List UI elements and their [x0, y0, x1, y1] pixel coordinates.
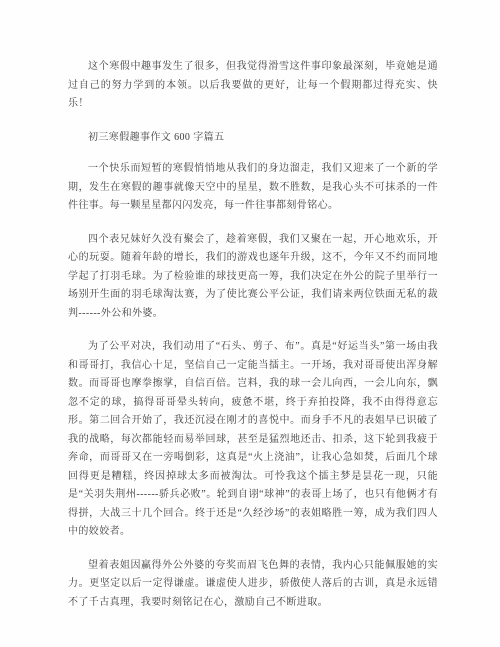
intro-paragraph: 这个寒假中趣事发生了很多，但我觉得滑雪这件事印象最深刻，毕竟她是通过自己的努力学…: [68, 58, 438, 114]
body-paragraph-3: 为了公平对决，我们动用了“石头、剪子、布”。真是“好运当头”第一场由我和哥哥打，…: [68, 338, 438, 542]
document-page: 这个寒假中趣事发生了很多，但我觉得滑雪这件事印象最深刻，毕竟她是通过自己的努力学…: [0, 0, 500, 647]
body-paragraph-2: 四个表兄妹好久没有聚会了，趁着寒假，我们又聚在一起，开心地欢乐，开心的玩耍。随着…: [68, 231, 438, 324]
body-paragraph-1: 一个快乐而短暂的寒假悄悄地从我们的身边溜走，我们又迎来了一个新的学期，发生在寒假…: [68, 160, 438, 216]
section-heading: 初三寒假趣事作文 600 字篇五: [68, 129, 438, 148]
closing-paragraph: 望着表姐因赢得外公外婆的夸奖而眉飞色舞的表情，我内心只能佩服她的实力。更坚定以后…: [68, 557, 438, 613]
